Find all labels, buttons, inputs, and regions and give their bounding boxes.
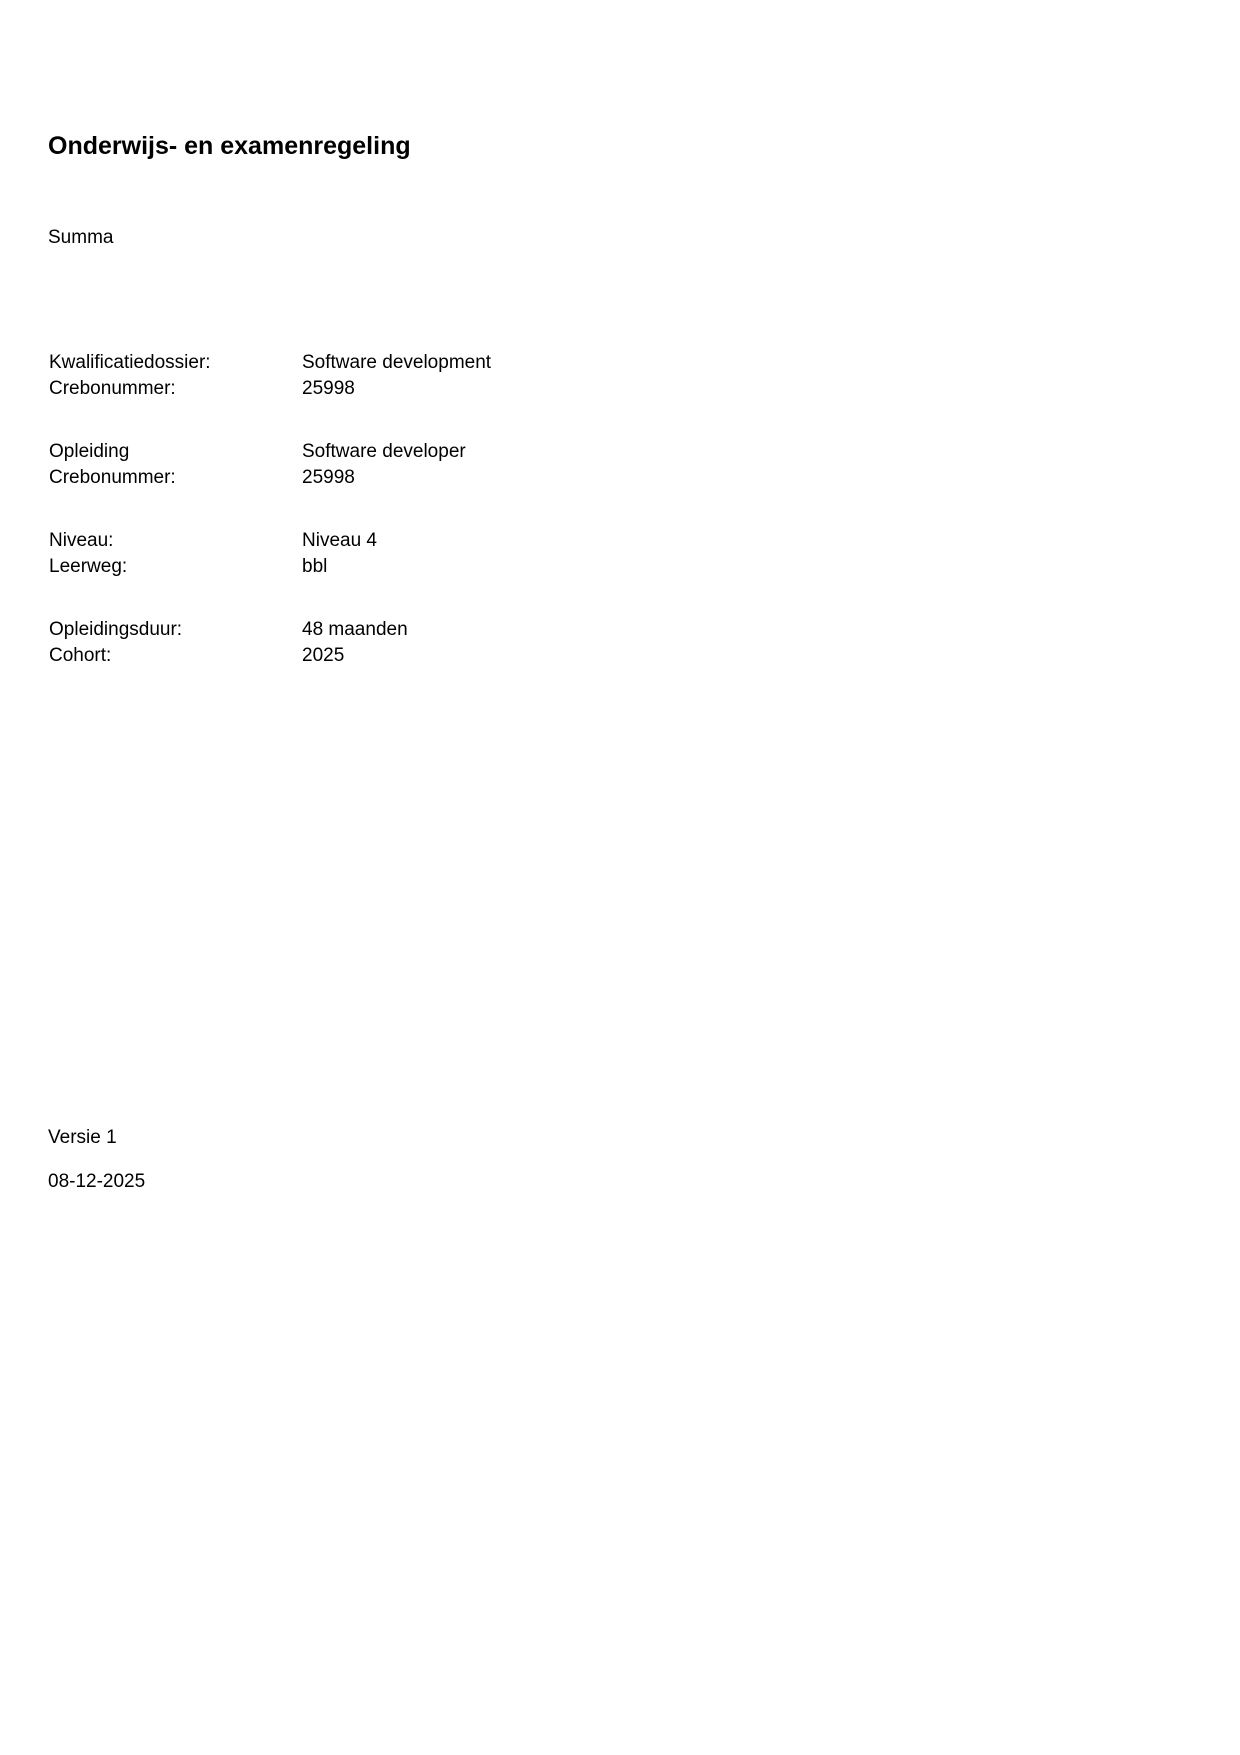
level-info: Niveau: Niveau 4 Leerweg: bbl xyxy=(49,528,377,580)
info-value: bbl xyxy=(302,554,327,580)
info-value: 48 maanden xyxy=(302,617,408,643)
info-value: Software developer xyxy=(302,439,466,465)
info-row-opleiding: Opleiding Software developer xyxy=(49,439,466,465)
info-value: Niveau 4 xyxy=(302,528,377,554)
info-value: 25998 xyxy=(302,465,355,491)
info-value: 2025 xyxy=(302,643,344,669)
qualification-info: Kwalificatiedossier: Software developmen… xyxy=(49,350,491,402)
info-row-niveau: Niveau: Niveau 4 xyxy=(49,528,377,554)
info-label: Opleiding xyxy=(49,439,302,465)
institution-name: Summa xyxy=(48,227,113,249)
version-label: Versie 1 xyxy=(48,1127,117,1149)
info-label: Kwalificatiedossier: xyxy=(49,350,302,376)
document-title: Onderwijs- en examenregeling xyxy=(48,131,411,161)
duration-info: Opleidingsduur: 48 maanden Cohort: 2025 xyxy=(49,617,408,669)
info-label: Crebonummer: xyxy=(49,376,302,402)
info-row-crebonummer: Crebonummer: 25998 xyxy=(49,376,491,402)
info-value: 25998 xyxy=(302,376,355,402)
info-row-cohort: Cohort: 2025 xyxy=(49,643,408,669)
document-date: 08-12-2025 xyxy=(48,1171,145,1193)
info-label: Niveau: xyxy=(49,528,302,554)
info-label: Crebonummer: xyxy=(49,465,302,491)
info-row-kwalificatiedossier: Kwalificatiedossier: Software developmen… xyxy=(49,350,491,376)
info-label: Cohort: xyxy=(49,643,302,669)
info-row-opleidingsduur: Opleidingsduur: 48 maanden xyxy=(49,617,408,643)
info-row-leerweg: Leerweg: bbl xyxy=(49,554,377,580)
info-row-crebonummer: Crebonummer: 25998 xyxy=(49,465,466,491)
info-label: Opleidingsduur: xyxy=(49,617,302,643)
program-info: Opleiding Software developer Crebonummer… xyxy=(49,439,466,491)
info-value: Software development xyxy=(302,350,491,376)
info-label: Leerweg: xyxy=(49,554,302,580)
